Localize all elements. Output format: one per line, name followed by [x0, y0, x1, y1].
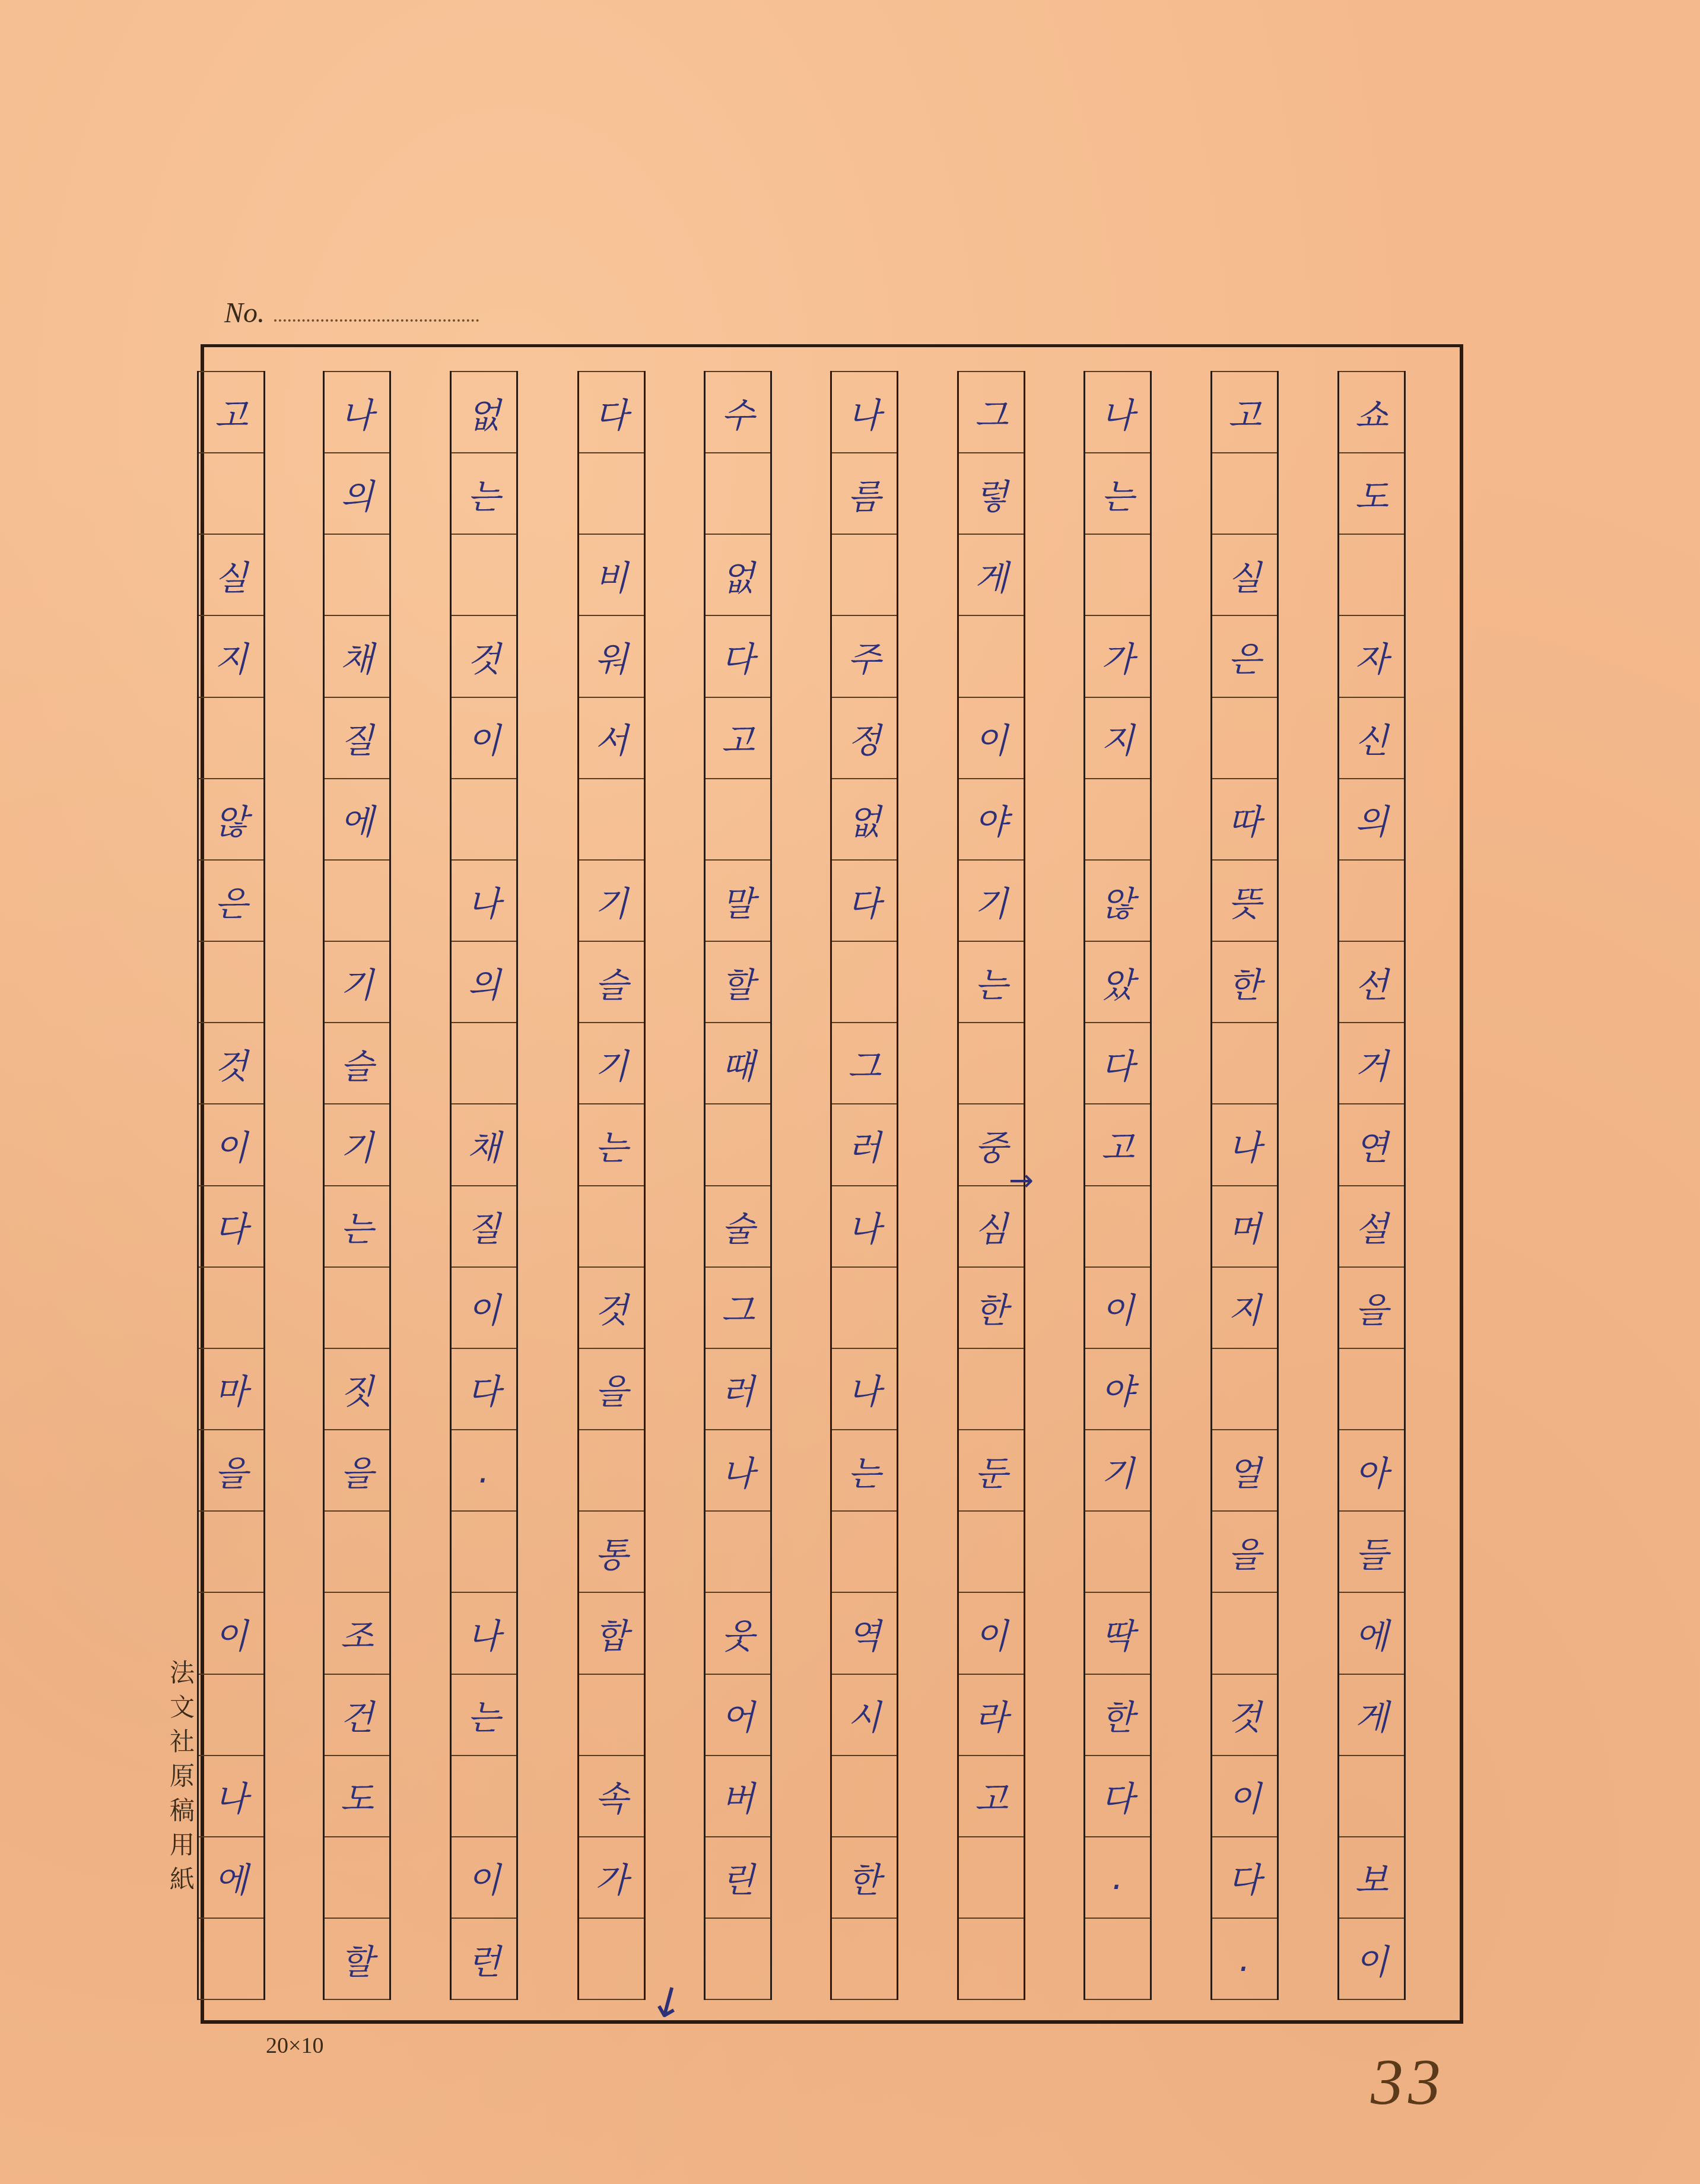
manuscript-cell: 야: [1085, 1348, 1150, 1429]
manuscript-cell: 기: [579, 1022, 644, 1103]
manuscript-cell: 연: [1339, 1103, 1404, 1185]
manuscript-cell: 둔: [959, 1429, 1024, 1510]
manuscript-cell: 수: [706, 371, 770, 452]
manuscript-cell: [706, 452, 770, 534]
publisher-label: 法文社原稿用紙: [167, 1656, 197, 1897]
manuscript-cell: 서: [579, 697, 644, 778]
manuscript-cell: 다: [832, 859, 897, 941]
manuscript-cell: 고: [959, 1755, 1024, 1836]
manuscript-cell: 이: [959, 1592, 1024, 1673]
manuscript-cell: [452, 1755, 516, 1836]
manuscript-cell: 나: [199, 1755, 263, 1836]
manuscript-cell: 는: [959, 941, 1024, 1022]
manuscript-cell: 도: [1339, 452, 1404, 534]
manuscript-cell: 에: [199, 1836, 263, 1918]
manuscript-cell: 기: [579, 859, 644, 941]
manuscript-cell: 않: [199, 778, 263, 859]
manuscript-cell: 야: [959, 778, 1024, 859]
manuscript-cell: [579, 1185, 644, 1266]
manuscript-cell: 거: [1339, 1022, 1404, 1103]
manuscript-column: 고실지않은것이다마을이나에: [197, 371, 265, 2000]
manuscript-cell: [1212, 1348, 1277, 1429]
manuscript-cell: [832, 534, 897, 615]
manuscript-cell: 채: [452, 1103, 516, 1185]
manuscript-cell: .: [452, 1429, 516, 1510]
manuscript-cell: 시: [832, 1674, 897, 1755]
manuscript-cell: 다: [1085, 1755, 1150, 1836]
manuscript-cell: 다: [1085, 1022, 1150, 1103]
manuscript-cell: 의: [325, 452, 389, 534]
manuscript-cell: 는: [325, 1185, 389, 1266]
manuscript-cell: 합: [579, 1592, 644, 1673]
manuscript-cell: 자: [1339, 615, 1404, 696]
manuscript-cell: 기: [325, 941, 389, 1022]
manuscript-cell: 라: [959, 1674, 1024, 1755]
manuscript-cell: [959, 1348, 1024, 1429]
manuscript-cell: 실: [199, 534, 263, 615]
manuscript-cell: [832, 1510, 897, 1592]
manuscript-cell: 다: [706, 615, 770, 696]
manuscript-cell: [1085, 1510, 1150, 1592]
manuscript-cell: 는: [1085, 452, 1150, 534]
manuscript-cell: 이: [1085, 1266, 1150, 1348]
manuscript-cell: 딱: [1085, 1592, 1150, 1673]
manuscript-cell: 에: [325, 778, 389, 859]
manuscript-cell: 고: [706, 697, 770, 778]
manuscript-cell: 짓: [325, 1348, 389, 1429]
manuscript-cell: 다: [199, 1185, 263, 1266]
manuscript-cell: 슬: [325, 1022, 389, 1103]
manuscript-cell: [325, 534, 389, 615]
manuscript-cell: .: [1085, 1836, 1150, 1918]
manuscript-cell: 머: [1212, 1185, 1277, 1266]
manuscript-cell: 지: [1212, 1266, 1277, 1348]
manuscript-cell: 채: [325, 615, 389, 696]
manuscript-cell: [1212, 452, 1277, 534]
manuscript-cell: 조: [325, 1592, 389, 1673]
manuscript-cell: 은: [199, 859, 263, 941]
manuscript-cell: 는: [452, 452, 516, 534]
manuscript-cell: 을: [579, 1348, 644, 1429]
manuscript-cell: [1212, 697, 1277, 778]
manuscript-cell: 그: [959, 371, 1024, 452]
manuscript-cell: 도: [325, 1755, 389, 1836]
manuscript-cell: 들: [1339, 1510, 1404, 1592]
manuscript-cell: 한: [832, 1836, 897, 1918]
manuscript-cell: [959, 1918, 1024, 2000]
manuscript-cell: 질: [452, 1185, 516, 1266]
manuscript-column: 수없다고말할때술그러나웃어버린: [704, 371, 772, 2000]
manuscript-cell: 할: [325, 1918, 389, 2000]
manuscript-cell: 고: [199, 371, 263, 452]
manuscript-cell: [452, 1510, 516, 1592]
manuscript-cell: [1339, 1755, 1404, 1836]
manuscript-column: 나름주정없다그러나나는역시한: [830, 371, 898, 2000]
manuscript-column: 없는것이나의채질이다.나는이런: [450, 371, 518, 2000]
manuscript-cell: 비: [579, 534, 644, 615]
manuscript-cell: 것: [199, 1022, 263, 1103]
manuscript-cell: 쇼: [1339, 371, 1404, 452]
manuscript-cell: 고: [1085, 1103, 1150, 1185]
manuscript-cell: [959, 1836, 1024, 1918]
manuscript-cell: [199, 1674, 263, 1755]
manuscript-cell: 때: [706, 1022, 770, 1103]
manuscript-cell: 이: [199, 1592, 263, 1673]
manuscript-cell: [832, 1755, 897, 1836]
manuscript-cell: [325, 859, 389, 941]
manuscript-cell: [199, 1266, 263, 1348]
manuscript-cell: 선: [1339, 941, 1404, 1022]
manuscript-cell: .: [1212, 1918, 1277, 2000]
manuscript-cell: 나: [832, 371, 897, 452]
manuscript-cell: 신: [1339, 697, 1404, 778]
manuscript-cell: 것: [452, 615, 516, 696]
manuscript-cell: [1085, 1185, 1150, 1266]
manuscript-column: 나는가지않았다고이야기딱한다.: [1083, 371, 1152, 2000]
manuscript-cell: 속: [579, 1755, 644, 1836]
manuscript-cell: 이: [452, 697, 516, 778]
manuscript-cell: [579, 1918, 644, 2000]
manuscript-cell: 통: [579, 1510, 644, 1592]
manuscript-cell: [832, 1918, 897, 2000]
manuscript-cell: 마: [199, 1348, 263, 1429]
manuscript-cell: 웃: [706, 1592, 770, 1673]
manuscript-cell: 아: [1339, 1429, 1404, 1510]
manuscript-cell: 런: [452, 1918, 516, 2000]
manuscript-cell: [579, 1674, 644, 1755]
manuscript-cell: 설: [1339, 1185, 1404, 1266]
manuscript-cell: 다: [452, 1348, 516, 1429]
manuscript-cell: 러: [706, 1348, 770, 1429]
manuscript-cell: 어: [706, 1674, 770, 1755]
manuscript-cell: [706, 1510, 770, 1592]
manuscript-cell: 주: [832, 615, 897, 696]
manuscript-cell: [832, 941, 897, 1022]
manuscript-cell: [325, 1266, 389, 1348]
manuscript-cell: [325, 1836, 389, 1918]
manuscript-cell: 이: [452, 1836, 516, 1918]
manuscript-cell: 의: [452, 941, 516, 1022]
manuscript-cell: [579, 452, 644, 534]
manuscript-cell: 이: [1212, 1755, 1277, 1836]
manuscript-cell: 가: [1085, 615, 1150, 696]
manuscript-cell: 다: [1212, 1836, 1277, 1918]
manuscript-cell: 따: [1212, 778, 1277, 859]
manuscript-cell: [1212, 1022, 1277, 1103]
manuscript-cell: 버: [706, 1755, 770, 1836]
manuscript-cell: 에: [1339, 1592, 1404, 1673]
manuscript-cell: 을: [325, 1429, 389, 1510]
manuscript-cell: 았: [1085, 941, 1150, 1022]
manuscript-cell: 기: [325, 1103, 389, 1185]
manuscript-cell: 을: [199, 1429, 263, 1510]
manuscript-cell: 나: [1085, 371, 1150, 452]
manuscript-cell: [199, 452, 263, 534]
manuscript-cell: 없: [832, 778, 897, 859]
manuscript-cell: [452, 778, 516, 859]
manuscript-cell: 나: [452, 859, 516, 941]
manuscript-cell: 나: [452, 1592, 516, 1673]
manuscript-cell: 나: [832, 1185, 897, 1266]
manuscript-cell: 나: [832, 1348, 897, 1429]
manuscript-cell: 할: [706, 941, 770, 1022]
manuscript-cell: 린: [706, 1836, 770, 1918]
manuscript-cell: 실: [1212, 534, 1277, 615]
manuscript-grid: 쇼도자신의선거연설을아들에게보이고실은따뜻한나머지얼을것이다.나는가지않았다고이…: [201, 344, 1463, 2024]
manuscript-cell: [199, 697, 263, 778]
manuscript-cell: 한: [959, 1266, 1024, 1348]
manuscript-cell: [1339, 859, 1404, 941]
manuscript-cell: 은: [1212, 615, 1277, 696]
manuscript-cell: 게: [959, 534, 1024, 615]
page-number: 33: [1371, 2045, 1445, 2120]
manuscript-cell: 않: [1085, 859, 1150, 941]
manuscript-cell: 얼: [1212, 1429, 1277, 1510]
manuscript-cell: [706, 778, 770, 859]
manuscript-cell: 이: [199, 1103, 263, 1185]
manuscript-cell: 을: [1339, 1266, 1404, 1348]
manuscript-cell: [452, 534, 516, 615]
manuscript-cell: 의: [1339, 778, 1404, 859]
manuscript-cell: [706, 1918, 770, 2000]
insertion-mark: →: [1009, 1163, 1034, 1198]
manuscript-cell: 나: [706, 1429, 770, 1510]
manuscript-cell: [832, 1266, 897, 1348]
manuscript-cell: [1339, 1348, 1404, 1429]
manuscript-cell: 한: [1212, 941, 1277, 1022]
manuscript-cell: 지: [1085, 697, 1150, 778]
manuscript-cell: 보: [1339, 1836, 1404, 1918]
manuscript-cell: 기: [959, 859, 1024, 941]
manuscript-cell: 게: [1339, 1674, 1404, 1755]
manuscript-cell: [199, 1918, 263, 2000]
manuscript-cell: [452, 1022, 516, 1103]
manuscript-cell: 것: [579, 1266, 644, 1348]
manuscript-cell: 는: [579, 1103, 644, 1185]
manuscript-cell: 정: [832, 697, 897, 778]
grid-size-label: 20×10: [266, 2033, 323, 2059]
manuscript-cell: 나: [325, 371, 389, 452]
manuscript-cell: 워: [579, 615, 644, 696]
manuscript-cell: [959, 1510, 1024, 1592]
manuscript-cell: [1085, 534, 1150, 615]
manuscript-column: 고실은따뜻한나머지얼을것이다.: [1210, 371, 1279, 2000]
sheet-number-line: [274, 319, 479, 322]
manuscript-column: 나의채질에기슬기는짓을조건도할: [323, 371, 391, 2000]
manuscript-cell: 한: [1085, 1674, 1150, 1755]
manuscript-column: 쇼도자신의선거연설을아들에게보이: [1337, 371, 1406, 2000]
manuscript-cell: 그: [832, 1022, 897, 1103]
manuscript-cell: 슬: [579, 941, 644, 1022]
manuscript-cell: 지: [199, 615, 263, 696]
manuscript-cell: [579, 1429, 644, 1510]
manuscript-cell: [1339, 534, 1404, 615]
manuscript-cell: 기: [1085, 1429, 1150, 1510]
manuscript-cell: 을: [1212, 1510, 1277, 1592]
manuscript-cell: 말: [706, 859, 770, 941]
manuscript-cell: 그: [706, 1266, 770, 1348]
manuscript-cell: 름: [832, 452, 897, 534]
manuscript-cell: [1212, 1592, 1277, 1673]
manuscript-cell: 것: [1212, 1674, 1277, 1755]
manuscript-cell: 없: [706, 534, 770, 615]
manuscript-cell: 고: [1212, 371, 1277, 452]
manuscript-cell: 는: [452, 1674, 516, 1755]
manuscript-cell: [199, 1510, 263, 1592]
manuscript-cell: [706, 1103, 770, 1185]
manuscript-cell: [959, 1022, 1024, 1103]
manuscript-cell: 역: [832, 1592, 897, 1673]
manuscript-cell: 렇: [959, 452, 1024, 534]
manuscript-cell: [199, 941, 263, 1022]
manuscript-cell: [1085, 778, 1150, 859]
manuscript-cell: 가: [579, 1836, 644, 1918]
manuscript-cell: 이: [959, 697, 1024, 778]
manuscript-cell: 는: [832, 1429, 897, 1510]
manuscript-cell: 술: [706, 1185, 770, 1266]
manuscript-column: 다비워서기슬기는것을통합속가: [577, 371, 646, 2000]
manuscript-cell: 건: [325, 1674, 389, 1755]
manuscript-cell: 다: [579, 371, 644, 452]
manuscript-cell: 이: [452, 1266, 516, 1348]
manuscript-cell: 이: [1339, 1918, 1404, 2000]
manuscript-cell: [959, 615, 1024, 696]
manuscript-cell: [1085, 1918, 1150, 2000]
manuscript-cell: 러: [832, 1103, 897, 1185]
sheet-number-label: No.: [224, 297, 265, 329]
manuscript-cell: [325, 1510, 389, 1592]
manuscript-cell: 질: [325, 697, 389, 778]
manuscript-cell: 나: [1212, 1103, 1277, 1185]
manuscript-cell: 뜻: [1212, 859, 1277, 941]
manuscript-cell: [579, 778, 644, 859]
manuscript-cell: 없: [452, 371, 516, 452]
